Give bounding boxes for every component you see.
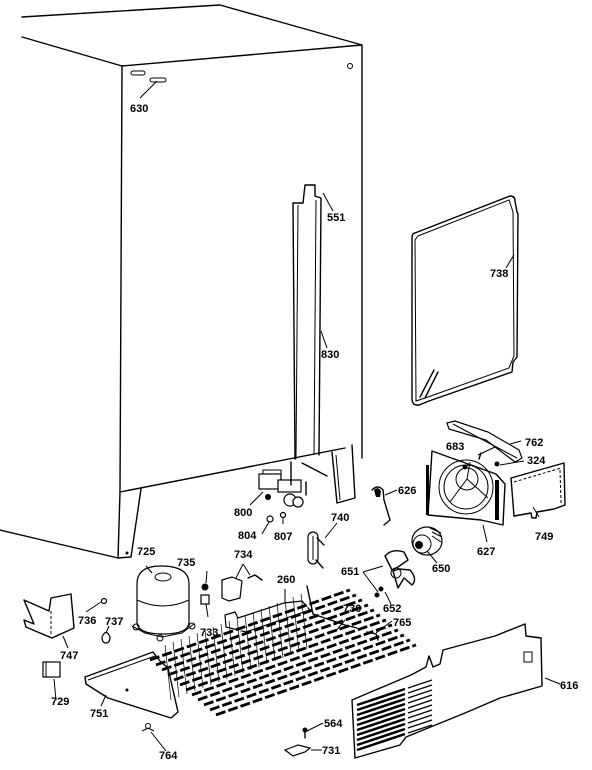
part-733-relay xyxy=(201,595,209,604)
label-683: 683 xyxy=(446,441,464,453)
part-735-grommet xyxy=(202,584,209,591)
label-730: 730 xyxy=(343,603,361,615)
part-729-relay-cover xyxy=(43,662,60,677)
part-734-overload xyxy=(222,575,262,601)
label-735: 735 xyxy=(177,557,195,569)
label-626: 626 xyxy=(398,485,416,497)
label-551: 551 xyxy=(327,212,345,224)
label-804: 804 xyxy=(238,530,257,542)
label-729: 729 xyxy=(51,696,69,708)
label-630: 630 xyxy=(130,103,148,115)
label-734: 734 xyxy=(234,549,253,561)
label-731: 731 xyxy=(322,745,340,757)
label-738: 738 xyxy=(490,268,508,280)
label-749: 749 xyxy=(535,531,553,543)
part-725-compressor xyxy=(132,566,195,641)
label-830: 830 xyxy=(321,349,339,361)
part-749-cover xyxy=(511,463,565,518)
label-747: 747 xyxy=(60,650,78,662)
label-807: 807 xyxy=(274,531,292,543)
leader-lines xyxy=(54,81,560,751)
part-324-screw xyxy=(495,462,500,467)
part-564-screw xyxy=(303,728,308,739)
label-740: 740 xyxy=(331,512,349,524)
label-737: 737 xyxy=(105,616,123,628)
exploded-parts-diagram: 630 551 830 738 762 683 324 749 627 626 … xyxy=(0,0,592,770)
label-652: 652 xyxy=(383,603,401,615)
label-762: 762 xyxy=(525,437,543,449)
part-651-fan-blade xyxy=(375,551,415,598)
label-725: 725 xyxy=(137,546,155,558)
label-650: 650 xyxy=(432,563,450,575)
part-807-screw xyxy=(281,513,286,518)
label-616: 616 xyxy=(560,680,578,692)
label-736: 736 xyxy=(78,615,96,627)
label-324: 324 xyxy=(527,455,546,467)
label-765: 765 xyxy=(393,617,411,629)
part-737-grommet xyxy=(102,633,110,644)
part-740-capacitor xyxy=(308,532,324,568)
cabinet xyxy=(0,5,362,558)
label-800: 800 xyxy=(234,507,252,519)
label-627: 627 xyxy=(477,546,495,558)
label-564: 564 xyxy=(324,718,343,730)
part-764-clip xyxy=(142,724,154,732)
label-733: 733 xyxy=(200,627,218,639)
part-626-clip xyxy=(372,487,390,525)
part-738-gasket xyxy=(412,196,518,405)
label-764: 764 xyxy=(159,750,178,762)
part-labels: 630 551 830 738 762 683 324 749 627 626 … xyxy=(51,103,578,762)
part-804-nut xyxy=(267,516,273,522)
part-731-bracket xyxy=(285,745,310,756)
label-260: 260 xyxy=(277,574,295,586)
part-747-bracket xyxy=(24,594,74,638)
part-650-fan-motor xyxy=(412,527,442,555)
label-651: 651 xyxy=(341,566,359,578)
part-736-clip xyxy=(102,599,107,604)
part-800-water-valve xyxy=(259,462,306,507)
label-751: 751 xyxy=(90,708,108,720)
part-627-fan-shroud xyxy=(426,451,505,525)
